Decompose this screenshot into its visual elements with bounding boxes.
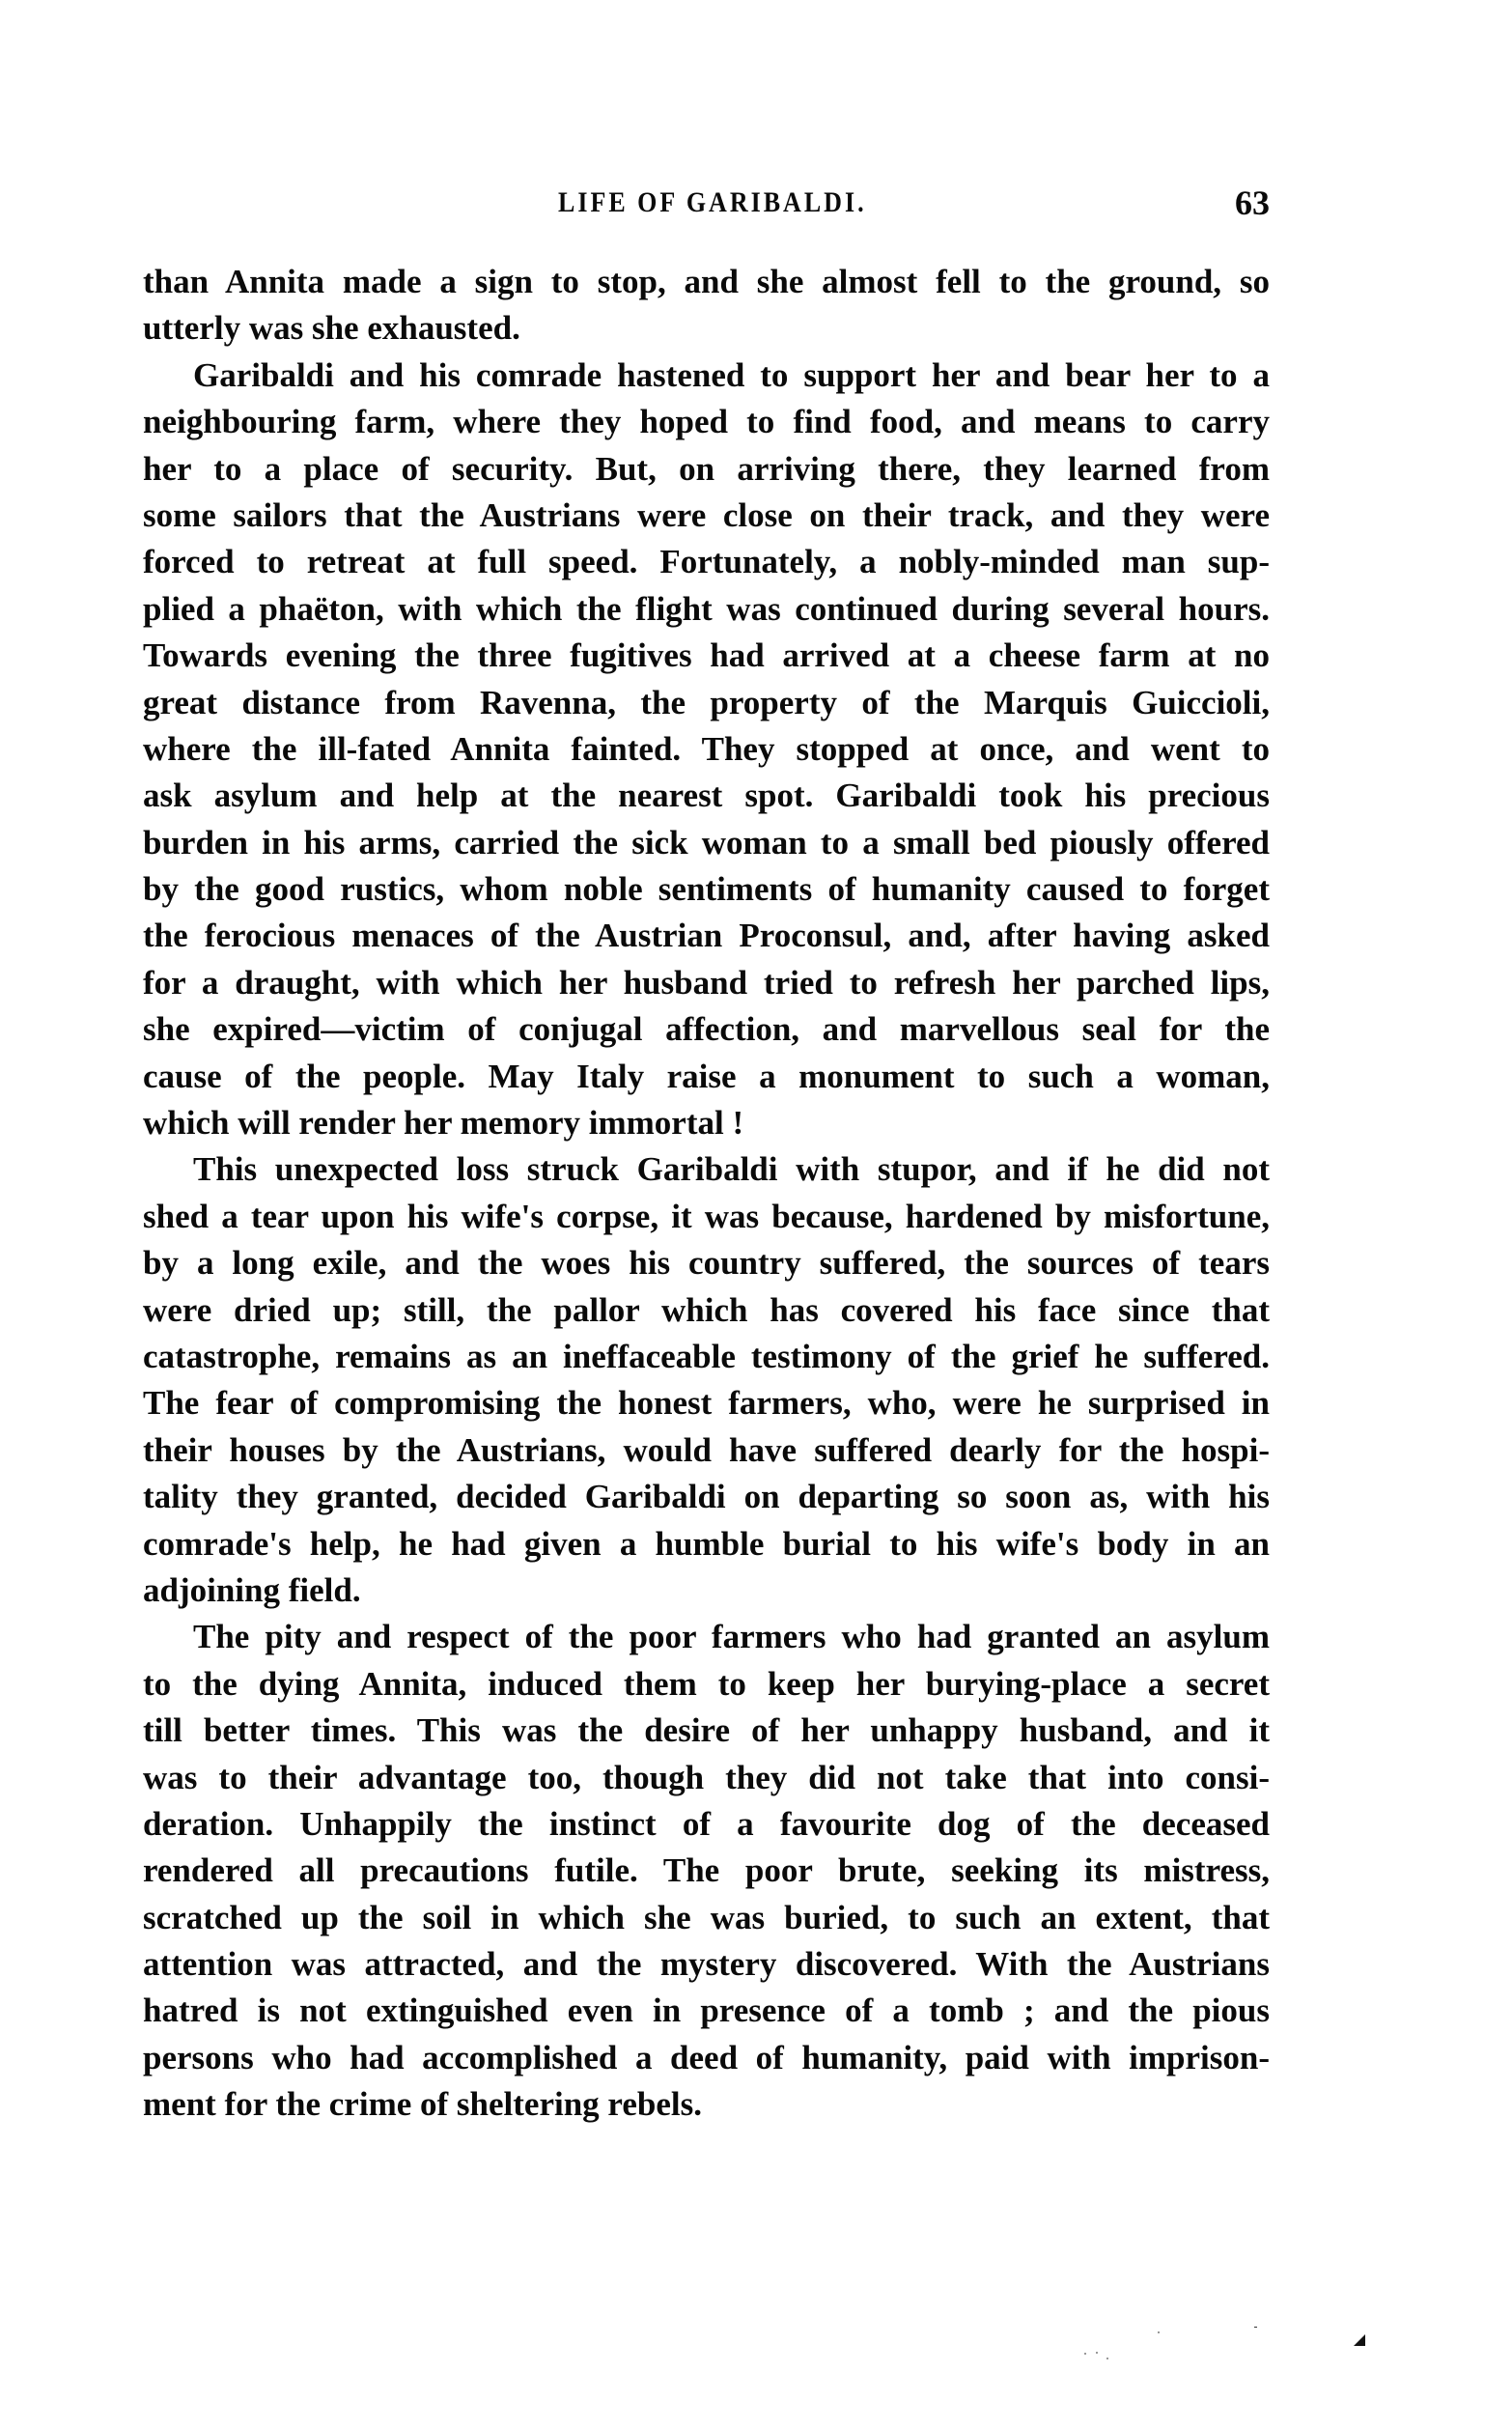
text-line: ask asylum and help at the nearest spot.… — [143, 773, 1270, 819]
text-line: rendered all precautions futile. The poo… — [143, 1848, 1270, 1894]
text-line: deration. Unhappily the instinct of a fa… — [143, 1801, 1270, 1848]
text-line: where the ill-fated Annita fainted. They… — [143, 726, 1270, 773]
text-line: for a draught, with which her husband tr… — [143, 960, 1270, 1006]
text-line: some sailors that the Austrians were clo… — [143, 493, 1270, 539]
paragraph-2: Garibaldi and his comrade hastened to su… — [143, 353, 1270, 1147]
running-head: LIFE OF GARIBALDI. 63 — [143, 182, 1270, 224]
text-line: scratched up the soil in which she was b… — [143, 1895, 1270, 1941]
text-line: shed a tear upon his wife's corpse, it w… — [143, 1194, 1270, 1240]
text-line: by a long exile, and the woes his countr… — [143, 1240, 1270, 1286]
scan-speck — [1106, 2358, 1108, 2359]
book-page: LIFE OF GARIBALDI. 63 than Annita made a… — [0, 0, 1512, 2429]
text-line: burden in his arms, carried the sick wom… — [143, 820, 1270, 866]
body-text: than Annita made a sign to stop, and she… — [143, 259, 1270, 2129]
text-line: Garibaldi and his comrade hastened to su… — [143, 353, 1270, 399]
scan-speck — [1254, 2327, 1257, 2328]
text-line: This unexpected loss struck Garibaldi wi… — [143, 1146, 1270, 1193]
text-line: catastrophe, remains as an ineffaceable … — [143, 1334, 1270, 1380]
text-line: their houses by the Austrians, would hav… — [143, 1427, 1270, 1474]
text-line: persons who had accomplished a deed of h… — [143, 2035, 1270, 2081]
text-line: adjoining field. — [143, 1568, 1270, 1614]
text-line: cause of the people. May Italy raise a m… — [143, 1054, 1270, 1100]
paragraph-1: than Annita made a sign to stop, and she… — [143, 259, 1270, 353]
text-line: which will render her memory immortal ! — [143, 1100, 1270, 1146]
text-line: to the dying Annita, induced them to kee… — [143, 1661, 1270, 1708]
page-number: 63 — [1235, 182, 1270, 224]
text-line: the ferocious menaces of the Austrian Pr… — [143, 913, 1270, 959]
paragraph-4: The pity and respect of the poor farmers… — [143, 1614, 1270, 2128]
text-line: utterly was she exhausted. — [143, 305, 1270, 352]
text-line: forced to retreat at full speed. Fortuna… — [143, 539, 1270, 585]
text-line: plied a phaëton, with which the flight w… — [143, 586, 1270, 633]
text-line: neighbouring farm, where they hoped to f… — [143, 399, 1270, 445]
text-line: was to their advantage too, though they … — [143, 1755, 1270, 1801]
text-line: attention was attracted, and the mystery… — [143, 1941, 1270, 1988]
text-line: The pity and respect of the poor farmers… — [143, 1614, 1270, 1660]
text-line: comrade's help, he had given a humble bu… — [143, 1521, 1270, 1568]
text-line: till better times. This was the desire o… — [143, 1708, 1270, 1754]
text-line: ment for the crime of sheltering rebels. — [143, 2081, 1270, 2128]
text-line: she expired—victim of conjugal affection… — [143, 1006, 1270, 1053]
paragraph-3: This unexpected loss struck Garibaldi wi… — [143, 1146, 1270, 1614]
running-title: LIFE OF GARIBALDI. — [558, 179, 867, 228]
text-line: than Annita made a sign to stop, and she… — [143, 259, 1270, 305]
scan-speck — [1096, 2352, 1098, 2354]
text-line: her to a place of security. But, on arri… — [143, 446, 1270, 493]
text-line: The fear of compromising the honest farm… — [143, 1380, 1270, 1426]
text-line: Towards evening the three fugitives had … — [143, 633, 1270, 679]
scan-speck — [1084, 2353, 1086, 2355]
text-line: great distance from Ravenna, the propert… — [143, 680, 1270, 726]
text-line: hatred is not extinguished even in prese… — [143, 1988, 1270, 2034]
scan-corner-mark — [1354, 2334, 1365, 2346]
text-line: tality they granted, decided Garibaldi o… — [143, 1474, 1270, 1520]
text-line: were dried up; still, the pallor which h… — [143, 1287, 1270, 1334]
text-line: by the good rustics, whom noble sentimen… — [143, 866, 1270, 913]
scan-speck — [1158, 2331, 1160, 2333]
